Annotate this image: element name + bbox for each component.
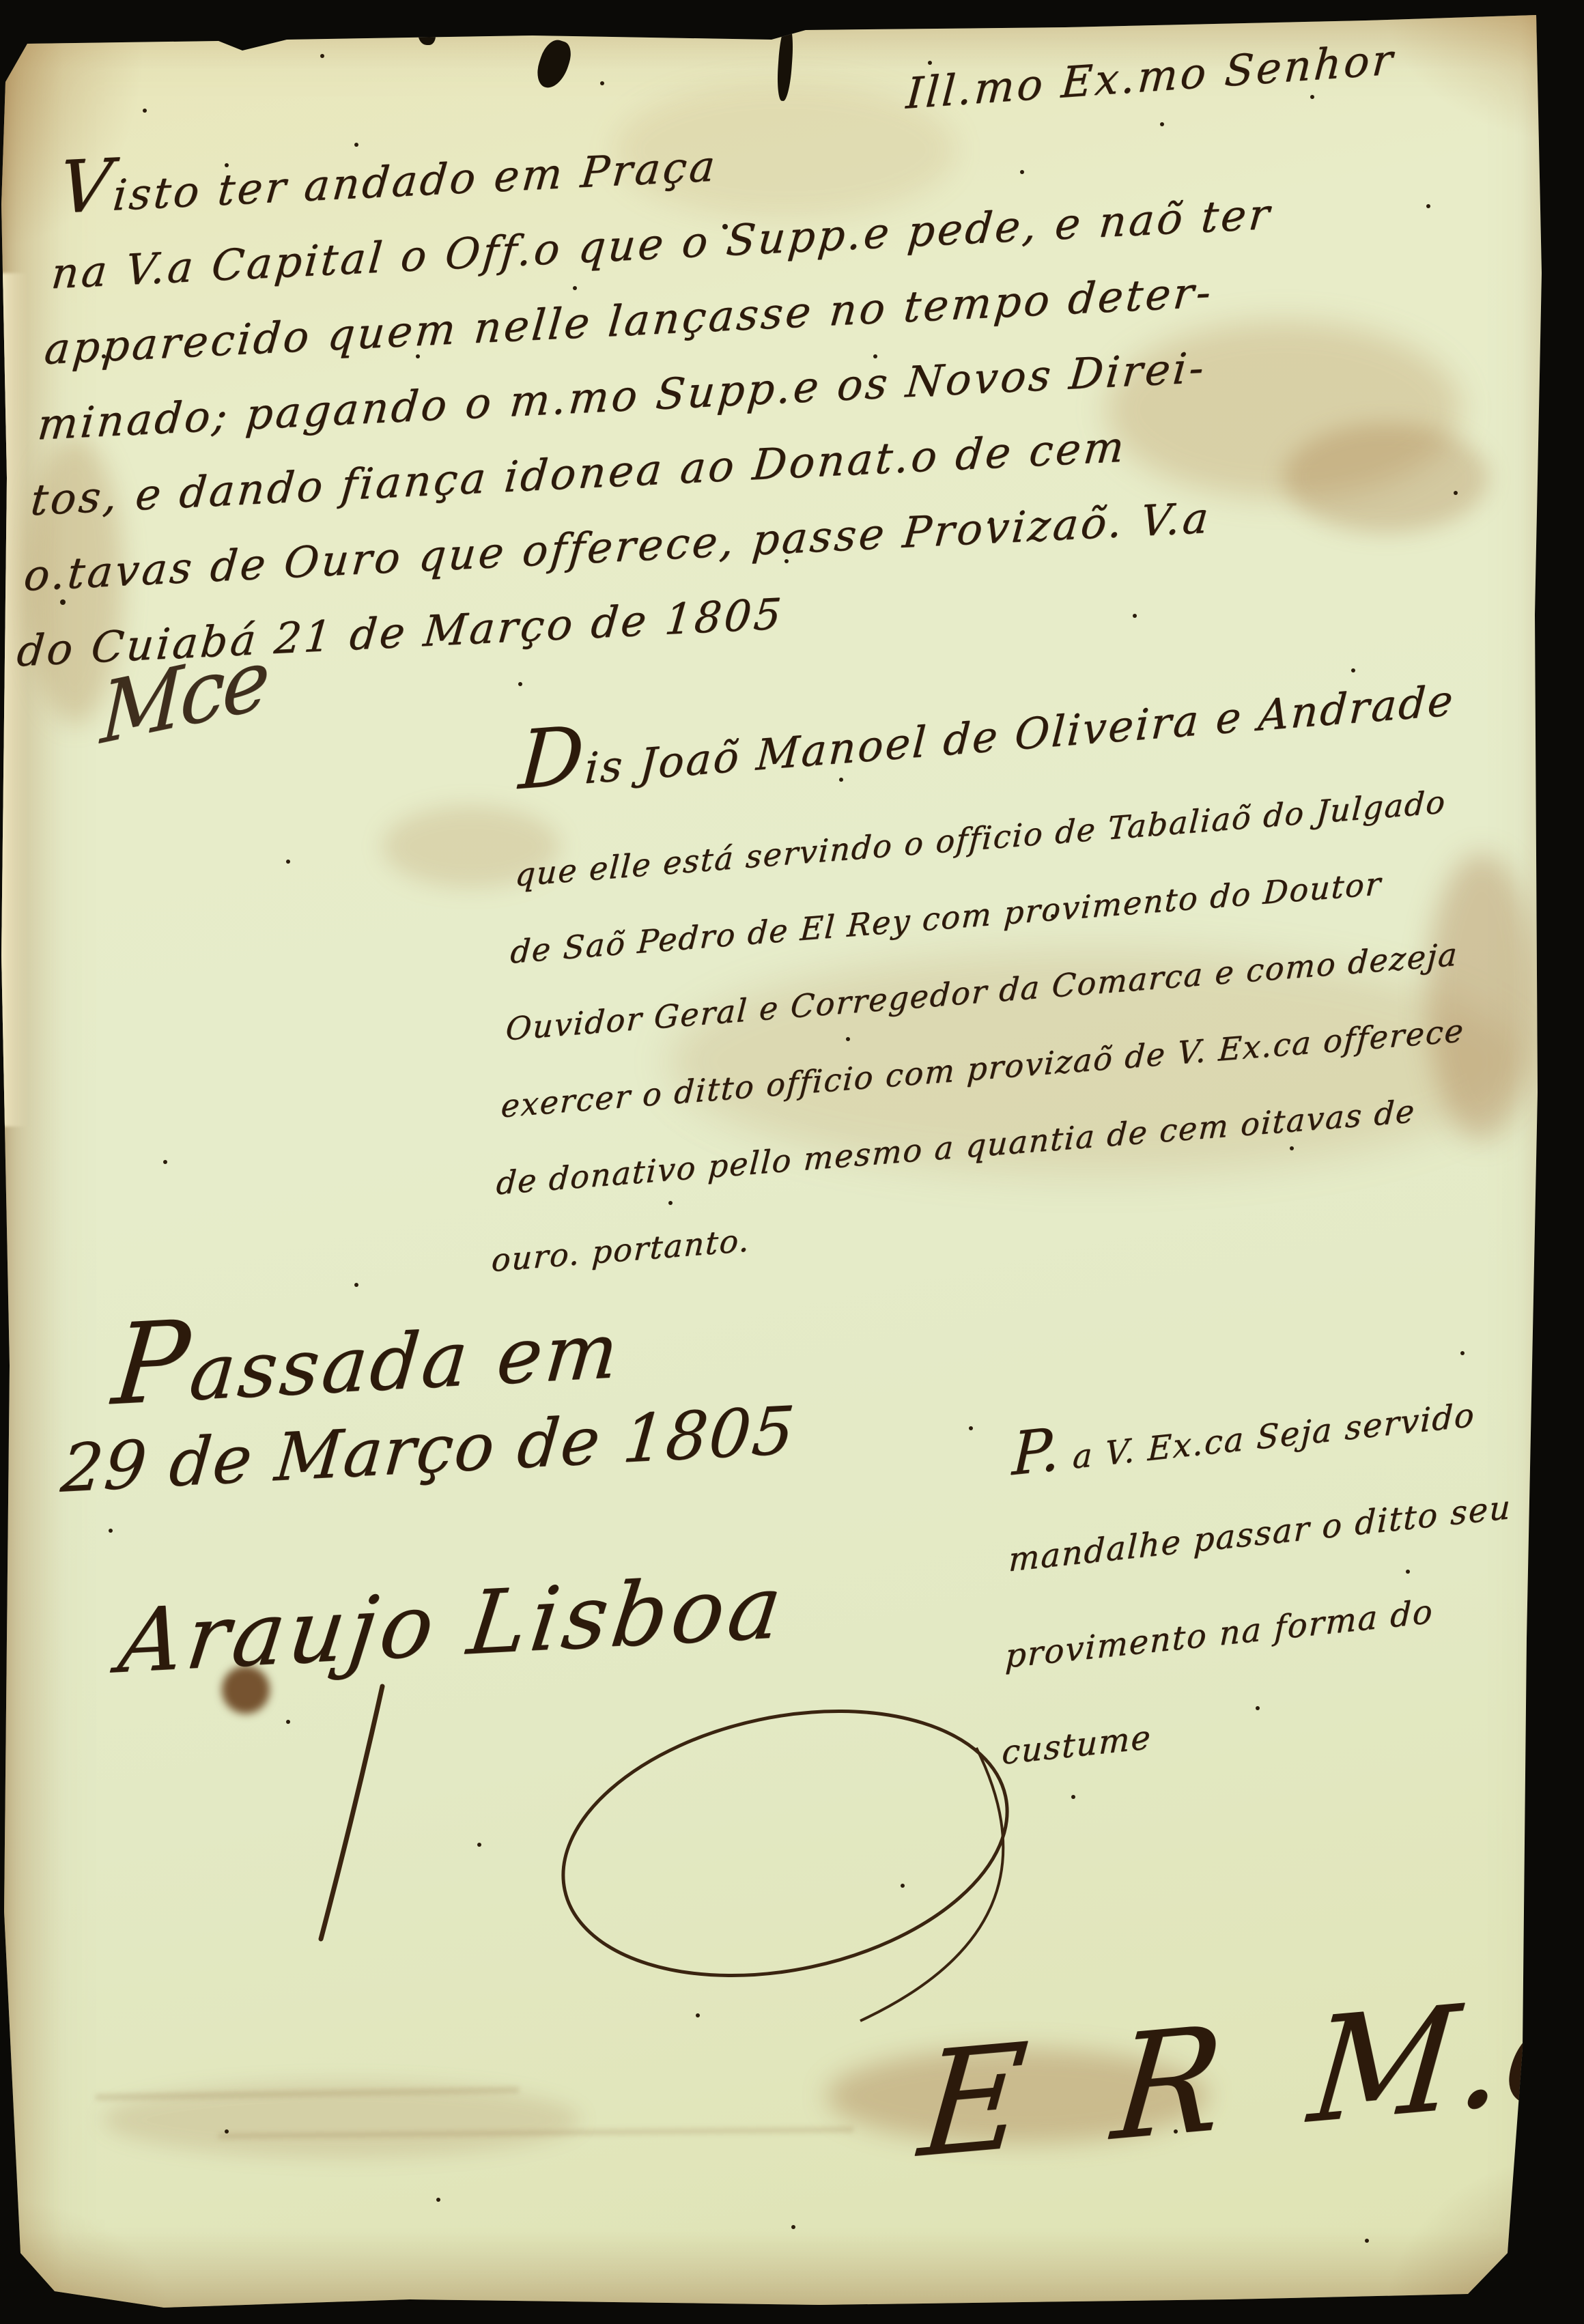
photograph-of-manuscript: { "page": { "background_color": "#0b0a07…	[0, 0, 1584, 2324]
despacho-paragraph: Visto ter andado em Praça na V.a Capital…	[14, 91, 1283, 690]
closing-formula: E R M.ce	[914, 1955, 1584, 2190]
faded-ghost-writing	[96, 2087, 519, 2101]
torn-left-edge	[0, 273, 27, 1126]
faded-ghost-writing	[218, 2127, 853, 2139]
petition-body: que elle está servindo o officio de Taba…	[490, 761, 1481, 1299]
ink-blot	[418, 20, 436, 45]
petition-request: P. a V. Ex.ca Seja servido mandalhe pass…	[1000, 1354, 1517, 1802]
manuscript-paper-sheet: Ill.mo Ex.mo Senhor Visto ter andado em …	[0, 0, 1584, 2324]
ink-blot	[533, 36, 575, 91]
paper-speckles	[0, 0, 3, 3]
foxing-stain	[1284, 423, 1488, 533]
ink-blot	[776, 24, 795, 101]
secretary-signature: Araujo Lisboa	[114, 1556, 791, 1693]
